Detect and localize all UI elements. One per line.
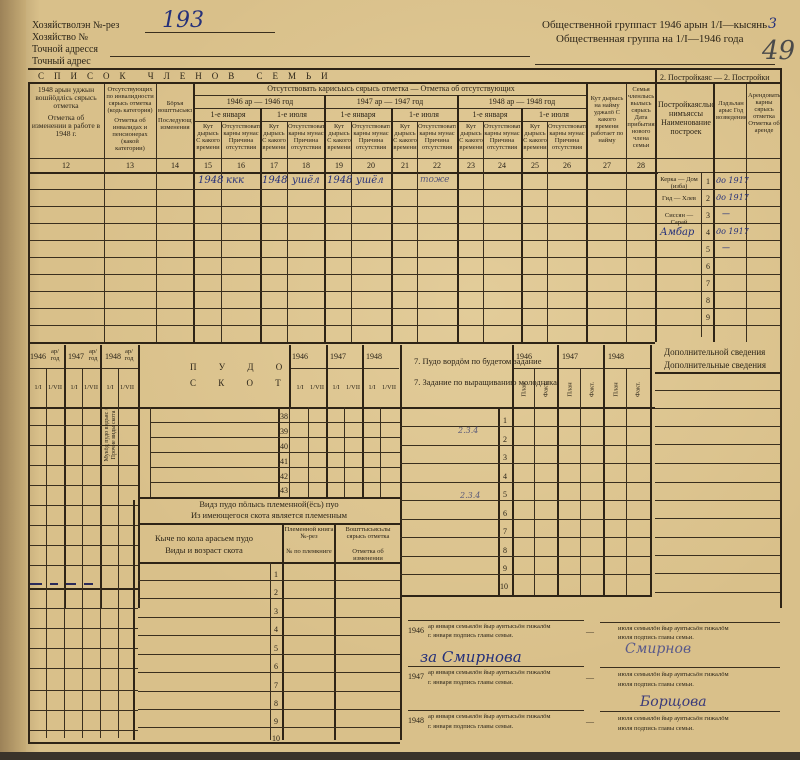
rule: [28, 545, 138, 546]
vline: [603, 345, 605, 597]
col16-header: Отсутствовать карны мунас Причина отсутс…: [222, 123, 260, 157]
ls-year-1946: 1946: [30, 352, 46, 361]
buildings-col-year: Лэдзьлан арыс Год возведения: [716, 100, 746, 150]
rule: [408, 666, 584, 667]
divider: [28, 68, 780, 70]
vline: [780, 68, 782, 608]
breed-row-9: 9: [270, 717, 282, 726]
ls-row-40: 40: [279, 442, 289, 451]
period-1948-jul: 1-е июля: [522, 110, 586, 119]
rule: [28, 172, 658, 174]
vline: [626, 84, 627, 342]
ls-date-2: 1/VII: [46, 384, 64, 391]
period-1946-jul: 1-е июля: [260, 110, 324, 119]
col-num-24: 24: [484, 161, 520, 170]
dash-mark: [84, 583, 93, 585]
rule: [150, 467, 400, 468]
col-num-15: 15: [196, 161, 220, 170]
buildings-col-name: Постройкаяслыс нимъяссы Наименование пос…: [658, 100, 714, 150]
vline: [118, 368, 119, 608]
family-list-title: СПИСОК ЧЛЕНОВ СЕМЬИ: [38, 71, 338, 81]
sig-1947-left-2: г. января подпись главы семьи.: [428, 679, 588, 686]
ls2-date-1: 1/I: [292, 384, 308, 391]
vline: [82, 368, 83, 608]
rule: [28, 368, 138, 369]
rule: [400, 595, 650, 597]
col14-header: Бöръя вошттысьясьлы Последующие изменени…: [158, 100, 192, 150]
vline: [650, 345, 652, 597]
address-label-komi: Точной адресся: [32, 44, 98, 55]
col17-header: Кут дырысь С какого времени: [262, 123, 286, 157]
vline: [457, 95, 459, 342]
col12-komi: 1948 арын уджын вошйöдлiсь сярысь отметк…: [30, 86, 102, 110]
plan-entry-5: 2.3.4: [460, 491, 480, 500]
rule: [600, 711, 780, 712]
ls-suffix-1947: ар/год: [86, 348, 100, 362]
plan-row-7: 7: [498, 527, 512, 536]
year-1946: 1946 ар — 1946 год: [196, 97, 324, 106]
vline: [324, 95, 326, 342]
rule: [600, 622, 780, 623]
plan-label-1946: План: [521, 380, 528, 400]
rule: [512, 368, 650, 369]
social-group-value: 3: [768, 16, 777, 32]
rule: [28, 291, 655, 292]
rule: [138, 709, 400, 710]
breed-row-7: 7: [270, 681, 282, 690]
rule: [408, 710, 584, 711]
plan-row-9: 9: [498, 564, 512, 573]
ls2-date-3: 1/I: [328, 384, 344, 391]
col19-header: Кут дырысь С какого времени: [327, 123, 351, 157]
col-num-16: 16: [222, 161, 260, 170]
ls-suffix-1946: ар/год: [48, 348, 62, 362]
page-number: 49: [762, 36, 795, 66]
rule: [28, 588, 138, 590]
ls-row-43: 43: [279, 486, 289, 495]
sig-1947-left-1: ар января семьялöн йыр аувтысьöн гижалöм: [428, 669, 588, 676]
rule: [28, 189, 655, 190]
col-num-22: 22: [418, 161, 456, 170]
period-1947-jul: 1-е июля: [392, 110, 456, 119]
rule: [138, 598, 400, 599]
ls-row-38: 38: [279, 412, 289, 421]
rule: [194, 121, 586, 122]
underline: [535, 64, 775, 65]
signature-1947-right: Борщова: [640, 694, 707, 710]
dash-mark: [50, 583, 58, 585]
building-num-4: 4: [703, 228, 713, 237]
rule: [656, 240, 780, 241]
plan-row-3: 3: [498, 453, 512, 462]
sig-year-1947: 1947: [408, 672, 424, 681]
rule: [138, 727, 400, 728]
plan-line2: 7. Задание по выращиванию молодняка: [414, 377, 557, 388]
col26-header: Отсутствовать карны мунас Причина отсутс…: [548, 123, 586, 157]
period-1948-jan: 1-е января: [458, 110, 522, 119]
vline: [400, 345, 402, 740]
building-num-2: 2: [703, 194, 713, 203]
book-spine: [0, 0, 26, 752]
ls2-date-6: 1/VII: [380, 384, 398, 391]
col28-header: Семья членлысь вылысь сярысь Дата прибыт…: [627, 86, 655, 156]
ls-date-1: 1/I: [30, 384, 46, 391]
rule: [28, 158, 780, 159]
rule: [28, 407, 655, 409]
rule: [194, 108, 586, 109]
sig-1948-right-1: июля семьялöн йыр аувтысьöн гижалöм: [618, 715, 778, 722]
rule: [655, 463, 780, 464]
vline: [586, 84, 588, 342]
vline: [118, 588, 119, 738]
rule: [138, 562, 400, 564]
vline: [156, 84, 157, 342]
rule: [138, 654, 400, 655]
ls2-date-4: 1/VII: [344, 384, 362, 391]
rule: [138, 635, 400, 636]
sig-dash: —: [586, 717, 594, 726]
plembook-komi: Племенной книга №-рез: [284, 526, 334, 540]
entry-col19: 1948: [327, 175, 352, 186]
plan-row-2: 2: [498, 435, 512, 444]
livestock-title-ru: С К О Т: [190, 378, 291, 388]
col27-header: Кут дырысь на найму уджалö С какого врем…: [589, 95, 625, 157]
breed-row-3: 3: [270, 607, 282, 616]
building-year-2: до 1917: [716, 193, 749, 202]
rule: [656, 274, 780, 275]
breed-row-5: 5: [270, 644, 282, 653]
building-name-3: Сиссян — Сарай: [657, 212, 701, 226]
changes-ru: Отметка об изменении: [338, 548, 398, 562]
sig-1948-left-2: г. января подпись главы семьи.: [428, 723, 588, 730]
sig-1948-left-1: ар января семьялöн йыр аувтысьöн гижалöм: [428, 713, 588, 720]
plembook-ru: № по племкниге: [284, 548, 334, 555]
vline: [260, 108, 262, 342]
year-1948: 1948 ар — 1948 год: [458, 97, 586, 106]
plan-label-1948: План: [613, 380, 620, 400]
col25-header: Кут дырысь С какого времени: [523, 123, 547, 157]
rule: [655, 500, 780, 501]
building-name-1: Керка — Дом (изба): [657, 176, 701, 190]
vline: [193, 84, 195, 342]
rule: [28, 648, 138, 649]
sig-1947-right-1: июля семьялöн йыр аувтысьöн гижалöм: [618, 671, 778, 678]
vline: [713, 84, 715, 342]
underline: [110, 56, 530, 57]
building-name-2: Гид — Хлев: [657, 195, 701, 202]
rule: [655, 372, 780, 374]
vline: [138, 345, 140, 608]
rule: [656, 206, 780, 207]
plan-row-4: 4: [498, 472, 512, 481]
rule: [28, 565, 138, 566]
rule: [28, 445, 138, 446]
ls-date-4: 1/VII: [82, 384, 100, 391]
building-num-9: 9: [703, 313, 713, 322]
rule: [656, 325, 780, 326]
building-num-6: 6: [703, 262, 713, 271]
entry-col22: тоже: [420, 175, 450, 185]
col13-komi: Отсутствующих по инвалидности сярысь отм…: [106, 86, 154, 114]
vline: [557, 345, 559, 597]
col13-ru: Отметка об инвалидах и пенсионерах (како…: [106, 117, 154, 152]
rule: [28, 425, 138, 426]
plan-entry-1: 2.3.4: [458, 426, 478, 435]
col-num-20: 20: [352, 161, 390, 170]
social-group-label-komi: Общественной группаст 1946 арын 1/I—кыся…: [542, 20, 767, 31]
ls-date-6: 1/VII: [118, 384, 136, 391]
building-year-5: —: [722, 243, 730, 252]
col-num-26: 26: [548, 161, 586, 170]
rule: [655, 518, 780, 519]
register-page: Хозяйстволэн №-рез 193 Хозяйство № Точно…: [0, 0, 800, 752]
underline: [145, 32, 275, 33]
building-num-5: 5: [703, 245, 713, 254]
vline: [64, 345, 66, 608]
rule: [400, 482, 650, 483]
sig-1946-right-2: июля подпись главы семьи.: [618, 634, 778, 641]
vline: [133, 500, 135, 740]
plan-label-1947: План: [567, 380, 574, 400]
ls2-year-1946: 1946: [292, 352, 308, 361]
rule: [655, 444, 780, 445]
col-num-27: 27: [589, 161, 625, 170]
period-1947-jan: 1-е января: [326, 110, 390, 119]
ls2-date-2: 1/VII: [308, 384, 326, 391]
social-group-label-ru: Общественная группа на 1/I—1946 года: [556, 34, 744, 45]
rule: [656, 257, 780, 258]
ls-date-3: 1/I: [66, 384, 82, 391]
col14-ru: Последующие изменения: [158, 117, 192, 131]
rule: [194, 95, 586, 96]
rule: [138, 672, 400, 673]
buildings-col-lease: Арендовать карны сярысь отметка Отметка …: [748, 92, 780, 156]
col23-header: Кут дырысь С какого времени: [459, 123, 483, 157]
col-num-28: 28: [627, 161, 655, 170]
year-1947: 1947 ар — 1947 год: [326, 97, 454, 106]
entry-col17: 1948: [262, 175, 287, 186]
col13-header: Отсутствующих по инвалидности сярысь отм…: [106, 86, 154, 156]
vline: [655, 68, 657, 342]
col-num-13: 13: [106, 161, 154, 170]
vline: [512, 345, 514, 597]
plan-row-8: 8: [498, 546, 512, 555]
breeding-note-ru: Из имеющегося скота является племенным: [140, 511, 398, 520]
building-year-1: до 1917: [716, 176, 749, 185]
rule: [150, 482, 400, 483]
col-num-21: 21: [393, 161, 417, 170]
rule: [28, 628, 138, 629]
ls2-date-5: 1/I: [364, 384, 380, 391]
ls-suffix-1948: ар/год: [122, 348, 136, 362]
rule: [28, 730, 138, 731]
sig-1947-right-2: июля подпись главы семьи.: [618, 681, 778, 688]
rule: [28, 690, 138, 691]
plan-row-10: 10: [496, 582, 512, 591]
entry-col16: ккк: [226, 175, 244, 186]
entry-col15: 1948: [198, 175, 223, 186]
signature-1946-left: за Смирнова: [420, 648, 522, 666]
rule: [400, 426, 650, 427]
col-num-19: 19: [327, 161, 351, 170]
vline: [100, 345, 102, 608]
breed-row-6: 6: [270, 662, 282, 671]
rule: [138, 523, 400, 525]
rule: [655, 426, 780, 427]
sig-1948-right-2: июля подпись главы семьи.: [618, 725, 778, 732]
ls-row-42: 42: [279, 472, 289, 481]
fact-label-1948: Факт.: [635, 380, 642, 400]
absent-header: Отсутствовать карисьысь сярысь отметка —…: [196, 84, 586, 93]
vline: [64, 588, 65, 738]
plan-year-1946: 1946: [516, 352, 532, 361]
vline: [362, 345, 364, 497]
breed-row-2: 2: [270, 588, 282, 597]
sig-1946-left-1: ар января семьялöн йыр аувтысьöн гижалöм: [428, 623, 588, 630]
rule: [400, 574, 650, 575]
ls2-year-1947: 1947: [330, 352, 346, 361]
rule: [28, 274, 655, 275]
col12-ru: Отметка об изменении в работе в 1948 г.: [30, 114, 102, 138]
household-number-value: 193: [162, 8, 204, 33]
col-num-18: 18: [288, 161, 324, 170]
col-num-12: 12: [30, 161, 102, 170]
entry-col18: ушёл: [292, 175, 320, 186]
household-number-label-komi: Хозяйстволэн №-рез: [32, 20, 119, 31]
col22-header: Отсутствовать карны мунас Причина отсутс…: [418, 123, 456, 157]
additional-info-komi: Дополнительной сведения: [664, 347, 765, 358]
rule: [150, 452, 400, 453]
rule: [400, 537, 650, 538]
rule: [655, 555, 780, 556]
rule: [656, 291, 780, 292]
rule: [28, 206, 655, 207]
other-livestock-label: Мукöд пудо видъяс / Прочие виды скота: [104, 400, 118, 470]
sig-1946-right-1: июля семьялöн йыр аувтысьöн гижалöм: [618, 625, 778, 632]
building-num-1: 1: [703, 177, 713, 186]
col15-header: Кут дырысь С какого времени: [196, 123, 220, 157]
vline: [746, 84, 747, 342]
types-label-komi: Кыче по кола арасьем пудо: [140, 534, 268, 543]
rule: [655, 482, 780, 483]
breed-row-8: 8: [270, 699, 282, 708]
sig-dash: —: [586, 673, 594, 682]
rule: [400, 519, 650, 520]
vline: [289, 345, 291, 407]
sig-year-1946: 1946: [408, 626, 424, 635]
vline: [100, 588, 101, 738]
rule: [28, 525, 138, 526]
rule: [28, 668, 138, 669]
vline: [82, 588, 83, 738]
rule: [28, 505, 138, 506]
rule: [400, 445, 650, 446]
breeding-note-komi: Видз пудо пöлысь племенной(ёсь) пуо: [140, 500, 398, 509]
household-number-label-ru: Хозяйство №: [32, 32, 88, 43]
rule: [289, 368, 399, 369]
rule: [656, 308, 780, 309]
ls-row-41: 41: [279, 457, 289, 466]
building-num-3: 3: [703, 211, 713, 220]
rule: [655, 573, 780, 574]
rule: [28, 465, 138, 466]
col-num-25: 25: [523, 161, 547, 170]
fact-label-1946: Факт.: [543, 380, 550, 400]
rule: [138, 580, 400, 581]
vline: [46, 368, 47, 608]
rule: [400, 556, 650, 557]
address-label-ru: Точный адрес: [32, 56, 91, 67]
vline: [28, 82, 30, 742]
rule: [400, 463, 650, 464]
col-num-17: 17: [262, 161, 286, 170]
livestock-title-komi: П У Д О: [190, 362, 292, 372]
plan-year-1947: 1947: [562, 352, 578, 361]
vline: [334, 523, 336, 740]
col-num-23: 23: [459, 161, 483, 170]
rule: [28, 485, 138, 486]
entry-col20: ушёл: [356, 175, 384, 186]
col-num-14: 14: [158, 161, 192, 170]
building-year-4: до 1917: [716, 227, 749, 236]
col12-header: 1948 арын уджын вошйöдлiсь сярысь отметк…: [30, 86, 102, 156]
rule: [655, 537, 780, 538]
sig-1946-left-2: г. января подпись главы семьи.: [428, 632, 588, 639]
dash-mark: [30, 583, 42, 585]
vline: [391, 108, 393, 342]
col18-header: Отсутствовать карны мунас Причина отсутс…: [288, 123, 324, 157]
signature-1946-right: Смирнов: [625, 641, 691, 657]
plan-row-5: 5: [498, 490, 512, 499]
building-name-4: Амбар: [660, 227, 694, 238]
vline: [521, 108, 523, 342]
rule: [150, 437, 400, 438]
building-year-3: —: [722, 209, 730, 218]
changes-komi: Вошттысьясьлы сярысь отметка: [338, 526, 398, 540]
col14-komi: Бöръя вошттысьясьлы: [158, 100, 192, 114]
rule: [28, 742, 400, 744]
vline: [282, 523, 284, 740]
col21-header: Кут дырысь С какого времени: [393, 123, 417, 157]
rule: [600, 667, 780, 668]
ls-row-39: 39: [279, 427, 289, 436]
rule: [28, 240, 655, 241]
building-num-7: 7: [703, 279, 713, 288]
rule: [28, 608, 138, 609]
rule: [28, 325, 655, 326]
ls-year-1947: 1947: [68, 352, 84, 361]
rule: [28, 223, 655, 224]
rule: [656, 172, 780, 173]
vline: [46, 588, 47, 738]
vline: [104, 84, 105, 342]
ls-date-5: 1/I: [102, 384, 118, 391]
rule: [138, 691, 400, 692]
period-1946-jan: 1-е января: [196, 110, 260, 119]
dash-mark: [66, 583, 76, 585]
types-label-ru: Виды и возраст скота: [140, 546, 268, 555]
breed-row-4: 4: [270, 625, 282, 634]
sig-year-1948: 1948: [408, 716, 424, 725]
plan-row-6: 6: [498, 509, 512, 518]
col20-header: Отсутствовать карны мунас Причина отсутс…: [352, 123, 390, 157]
rule: [655, 390, 780, 391]
rule: [400, 500, 650, 501]
ls2-year-1948: 1948: [366, 352, 382, 361]
building-num-8: 8: [703, 296, 713, 305]
rule: [138, 617, 400, 618]
vline: [701, 172, 702, 337]
